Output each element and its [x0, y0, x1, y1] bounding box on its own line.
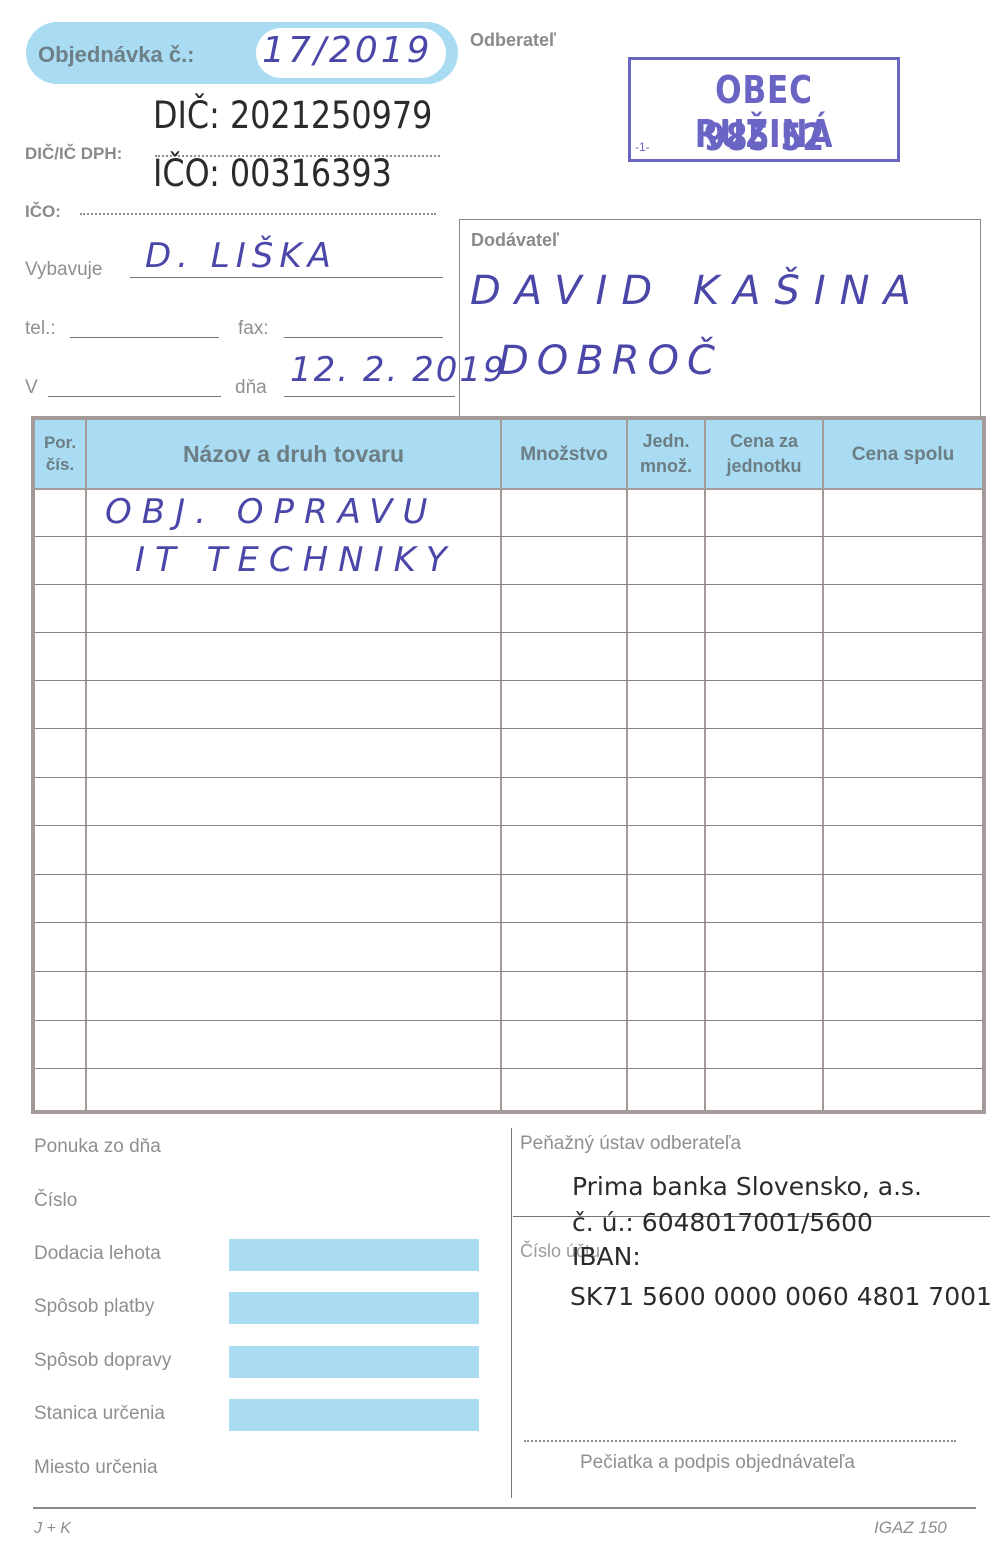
iban-value: SK71 5600 0000 0060 4801 7001 [570, 1282, 992, 1311]
delivery-term-field[interactable] [229, 1239, 479, 1271]
col-divider [822, 420, 824, 1110]
handled-by-label: Vybavuje [25, 259, 102, 281]
payment-method-label: Spôsob platby [34, 1296, 154, 1318]
row-line [35, 632, 982, 633]
table-header: Por. čís. Názov a druh tovaru Množstvo J… [35, 420, 982, 490]
col-header-qty: Množstvo [502, 420, 626, 488]
supplier-label: Dodávateľ [471, 230, 559, 251]
place-label: V [25, 377, 38, 399]
supplier-box[interactable]: Dodávateľ DAVID KAŠINA DOBROČ [459, 219, 981, 417]
dic-printed: DIČ: 2021250979 [153, 94, 432, 137]
tel-label: tel.: [25, 318, 56, 340]
row-line [35, 536, 982, 537]
handled-by-value[interactable]: D. LIŠKA [145, 236, 337, 276]
table-row-1-name[interactable]: OBJ. OPRAVU [105, 492, 437, 532]
col-divider [500, 420, 502, 1110]
signature-label: Pečiatka a podpis objednávateľa [580, 1452, 855, 1474]
customer-label: Odberateľ [470, 30, 556, 51]
order-number-value[interactable]: 17/2019 [262, 30, 433, 71]
items-table: Por. čís. Názov a druh tovaru Množstvo J… [31, 416, 986, 1114]
fax-field[interactable] [284, 337, 443, 338]
col-divider [85, 420, 87, 1110]
row-line [35, 584, 982, 585]
transport-method-field[interactable] [229, 1346, 479, 1378]
delivery-term-label: Dodacia lehota [34, 1243, 161, 1265]
iban-label: IBAN: [572, 1242, 641, 1271]
transport-method-label: Spôsob dopravy [34, 1350, 171, 1372]
place-field[interactable] [48, 396, 221, 397]
destination-station-field[interactable] [229, 1399, 479, 1431]
destination-place-label: Miesto určenia [34, 1457, 158, 1479]
row-line [35, 922, 982, 923]
footer-rule [33, 1507, 976, 1509]
stamp-line-2: 985 52 [651, 116, 877, 159]
row-line [35, 1020, 982, 1021]
row-line [35, 874, 982, 875]
dic-ic-dph-label: DIČ/IČ DPH: [25, 144, 122, 164]
payment-method-field[interactable] [229, 1292, 479, 1324]
handled-by-underline [130, 277, 443, 278]
date-underline [284, 396, 455, 397]
col-header-unit: Jedn. množ. [628, 420, 704, 488]
ico-printed: IČO: 00316393 [153, 152, 392, 195]
form-code: IGAZ 150 [874, 1518, 947, 1538]
fax-label: fax: [238, 318, 269, 340]
bank-name: Prima banka Slovensko, a.s. [572, 1172, 922, 1201]
col-divider [626, 420, 628, 1110]
municipality-stamp: OBEC RUŽINÁ 985 52 -1- [628, 57, 900, 162]
col-header-total: Cena spolu [824, 420, 982, 488]
col-header-no: Por. čís. [35, 420, 85, 488]
col-header-unit-price: Cena za jednotku [706, 420, 822, 488]
row-line [35, 777, 982, 778]
row-line [35, 680, 982, 681]
row-line [35, 971, 982, 972]
supplier-place: DOBROČ [498, 338, 723, 384]
date-label: dňa [235, 377, 267, 399]
col-divider [704, 420, 706, 1110]
ico-label: IČO: [25, 202, 61, 222]
table-row-2-name[interactable]: IT TECHNIKY [135, 540, 457, 580]
ico-field[interactable] [80, 213, 436, 215]
signature-field[interactable] [524, 1440, 956, 1442]
row-line [35, 728, 982, 729]
row-line [35, 1068, 982, 1069]
tel-field[interactable] [70, 337, 219, 338]
stamp-tag: -1- [635, 140, 650, 154]
destination-station-label: Stanica určenia [34, 1403, 165, 1425]
order-number-label: Objednávka č.: [38, 42, 195, 68]
col-header-name: Názov a druh tovaru [87, 420, 500, 488]
offer-date-label: Ponuka zo dňa [34, 1136, 161, 1158]
account-number-printed: č. ú.: 6048017001/5600 [572, 1208, 873, 1237]
row-line [35, 825, 982, 826]
section-divider [511, 1128, 512, 1498]
publisher-mark: J + K [34, 1520, 71, 1538]
supplier-name: DAVID KAŠINA [470, 268, 925, 314]
bank-label: Peňažný ústav odberateľa [520, 1133, 741, 1155]
number-label: Číslo [34, 1190, 77, 1212]
